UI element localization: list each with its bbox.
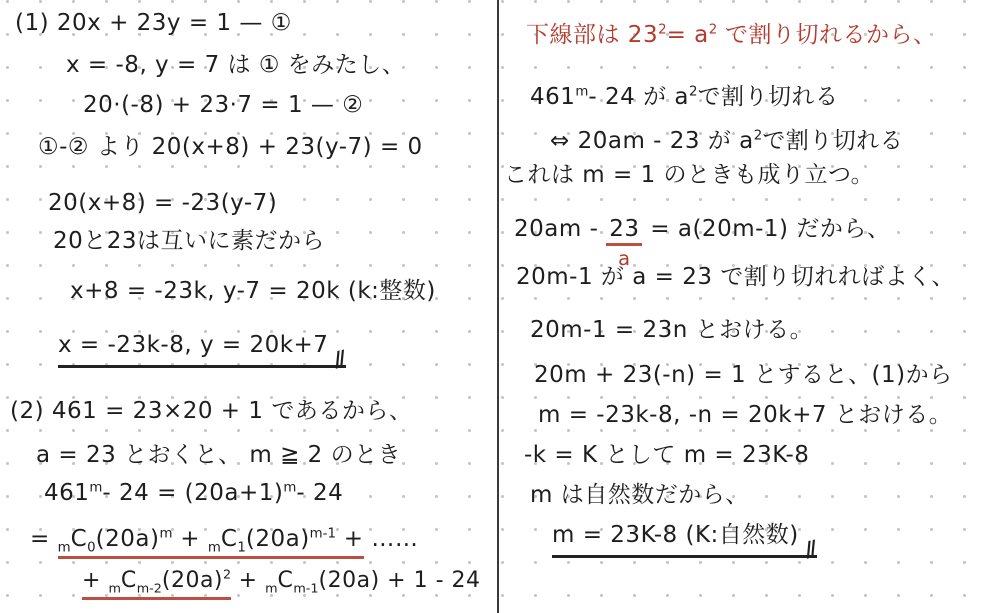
- note-line: a = 23 とおくと、 m ≧ 2 のとき: [36, 440, 401, 471]
- note-line: 20m + 23(-n) = 1 とすると、(1)から: [534, 360, 953, 391]
- note-line: x = -23k-8, y = 20k+7//: [58, 330, 344, 361]
- note-line: m は自然数だから、: [530, 480, 749, 511]
- red-underlined-expression: + mCm-2(20a)2: [82, 568, 231, 600]
- note-line: 461m- 24 = (20a+1)m- 24: [44, 478, 343, 509]
- note-line: 20と23は互いに素だから: [53, 226, 325, 257]
- note-line: 下線部は 232= a2 で割り切れるから、: [526, 20, 937, 51]
- note-line: 20m-1 = 23n とおける。: [530, 315, 813, 346]
- note-line: m = 23K-8 (K:自然数)//: [552, 520, 814, 551]
- substitution-note: 23a: [606, 214, 642, 245]
- note-line: m = -23k-8, -n = 20k+7 とおける。: [538, 400, 952, 431]
- final-answer-underline: m = 23K-8 (K:自然数): [552, 522, 817, 558]
- note-line: (2) 461 = 23×20 + 1 であるから、: [10, 396, 412, 427]
- note-line: 20m-1 が a = 23 で割り切れればよく、: [516, 262, 955, 293]
- note-line: (1) 20x + 23y = 1 — ①: [15, 8, 292, 39]
- note-line: x+8 = -23k, y-7 = 20k (k:整数): [70, 276, 436, 307]
- note-line: 20am - 23a = a(20m-1) だから、: [514, 214, 890, 245]
- note-line: ⇔ 20am - 23 が a2で割り切れる: [550, 126, 903, 157]
- note-line: 461m- 24 が a2で割り切れる: [530, 82, 838, 113]
- left-solution-column: (1) 20x + 23y = 1 — ①x = -8, y = 7 は ① を…: [0, 0, 497, 613]
- note-line: ①-② より 20(x+8) + 23(y-7) = 0: [38, 132, 423, 163]
- note-line: -k = K として m = 23K-8: [524, 440, 809, 471]
- note-line: + mCm-2(20a)2 + mCm-1(20a) + 1 - 24: [82, 566, 481, 598]
- right-solution-column: 下線部は 232= a2 で割り切れるから、461m- 24 が a2で割り切れ…: [500, 0, 993, 613]
- notebook-page: (1) 20x + 23y = 1 — ①x = -8, y = 7 は ① を…: [0, 0, 993, 613]
- red-underlined-expression: mC0(20a)m + mC1(20a)m-1 +: [58, 526, 364, 559]
- column-divider-rule: [497, 0, 499, 613]
- note-line: 20(x+8) = -23(y-7): [48, 188, 277, 219]
- note-line: 20·(-8) + 23·7 = 1 — ②: [83, 90, 363, 121]
- note-line: x = -8, y = 7 は ① をみたし、: [66, 50, 405, 81]
- note-line: = mC0(20a)m + mC1(20a)m-1 + ……: [30, 524, 418, 558]
- replaced-term: 23: [606, 216, 642, 246]
- final-answer-underline: x = -23k-8, y = 20k+7: [58, 332, 346, 368]
- note-line: これは m = 1 のときも成り立つ。: [504, 160, 874, 191]
